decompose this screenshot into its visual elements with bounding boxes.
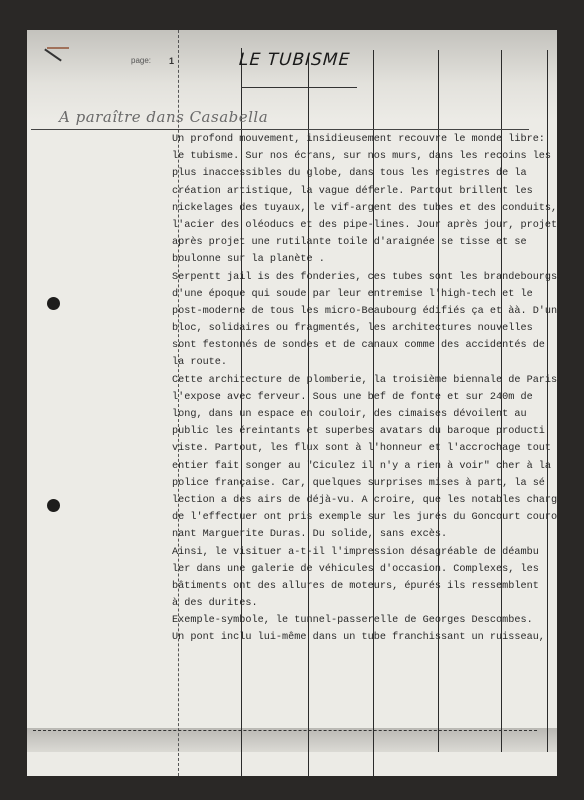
text-line: l'expose avec ferveur. Sous une bef de f… [172, 389, 552, 406]
text-line: public les éreintants et superbes avatar… [172, 423, 552, 440]
text-line: sont festonnés de sondes et de canaux co… [172, 337, 552, 354]
text-line: à des durites. [172, 595, 552, 612]
text-line: police française. Car, quelques surprise… [172, 475, 552, 492]
text-line: création artistique, la vague déferle. P… [172, 183, 552, 200]
text-line: Un pont inclu lui-même dans un tube fran… [172, 629, 552, 646]
text-line: le tubisme. Sur nos écrans, sur nos murs… [172, 148, 552, 165]
text-line: bloc, solidaires ou fragmentés, les arch… [172, 320, 552, 337]
text-line: nant Marguerite Duras. Du solide, sans e… [172, 526, 552, 543]
text-line: Serpentt jail is des fonderies, ces tube… [172, 269, 552, 286]
text-line: Un profond mouvement, insidieusement rec… [172, 131, 552, 148]
document-page: page: 1 LE TUBISME A paraître dans Casab… [27, 30, 557, 776]
text-line: entier fait songer au "Ciculez il n'y a … [172, 458, 552, 475]
text-line: post-moderne de tous les micro-Beaubourg… [172, 303, 552, 320]
text-line: la route. [172, 354, 552, 371]
text-line: long, dans un espace en couloir, des cim… [172, 406, 552, 423]
corner-mark [44, 48, 62, 61]
text-line: Ainsi, le visituer a-t-il l'impression d… [172, 544, 552, 561]
photocopy-shadow-band [27, 728, 557, 752]
header-rule [31, 129, 529, 130]
text-line: après projet une rutilante toile d'araig… [172, 234, 552, 251]
text-line: bâtiments ont des allures de moteurs, ép… [172, 578, 552, 595]
page-label: page: [131, 56, 151, 65]
text-line: Exemple-symbole, le tunnel-passerelle de… [172, 612, 552, 629]
document-title: LE TUBISME [238, 50, 351, 70]
punch-hole [47, 499, 60, 512]
text-line: lection a des airs de déjà-vu. A croire,… [172, 492, 552, 509]
text-line: d'une époque qui soude par leur entremis… [172, 286, 552, 303]
text-line: nickelages des tuyaux, le vif-argent des… [172, 200, 552, 217]
handwritten-note: A paraître dans Casabella [59, 108, 268, 126]
bottom-rule [33, 730, 537, 731]
text-line: plus inaccessibles du globe, dans tous l… [172, 165, 552, 182]
text-line: l'acier des oléoducs et des pipe-lines. … [172, 217, 552, 234]
text-line: de l'effectuer ont pris exemple sur les … [172, 509, 552, 526]
text-line: ler dans une galerie de véhicules d'occa… [172, 561, 552, 578]
text-line: viste. Partout, les flux sont à l'honneu… [172, 440, 552, 457]
text-line: Cette architecture de plomberie, la troi… [172, 372, 552, 389]
text-line: boulonne sur la planète . [172, 251, 552, 268]
page-number: 1 [169, 56, 174, 66]
body-text: Un profond mouvement, insidieusement rec… [172, 131, 552, 647]
punch-hole [47, 297, 60, 310]
title-underline [241, 87, 357, 88]
corner-mark-red [47, 47, 69, 49]
